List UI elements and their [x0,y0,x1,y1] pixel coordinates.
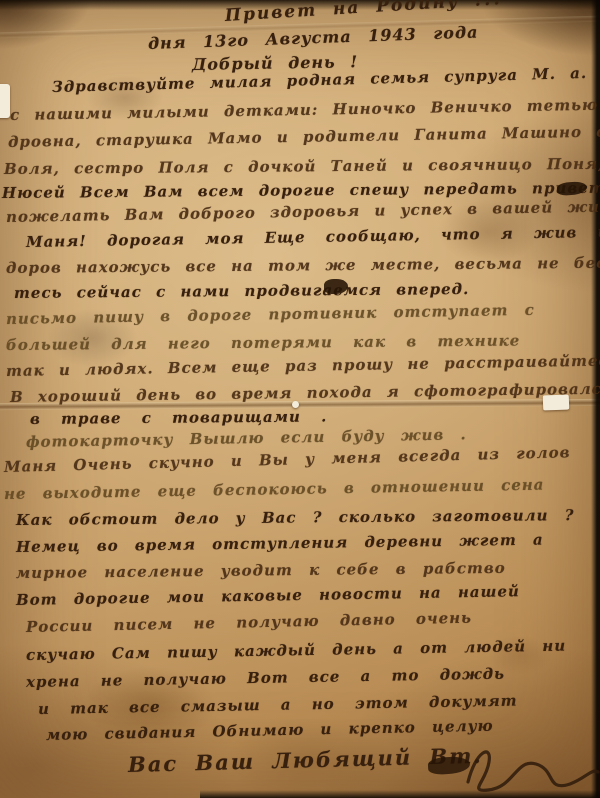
letter-scan-page: { "letter": { "kind": "handwritten front… [0,0,600,798]
letter-line: в траве с товарищами . [30,407,327,428]
